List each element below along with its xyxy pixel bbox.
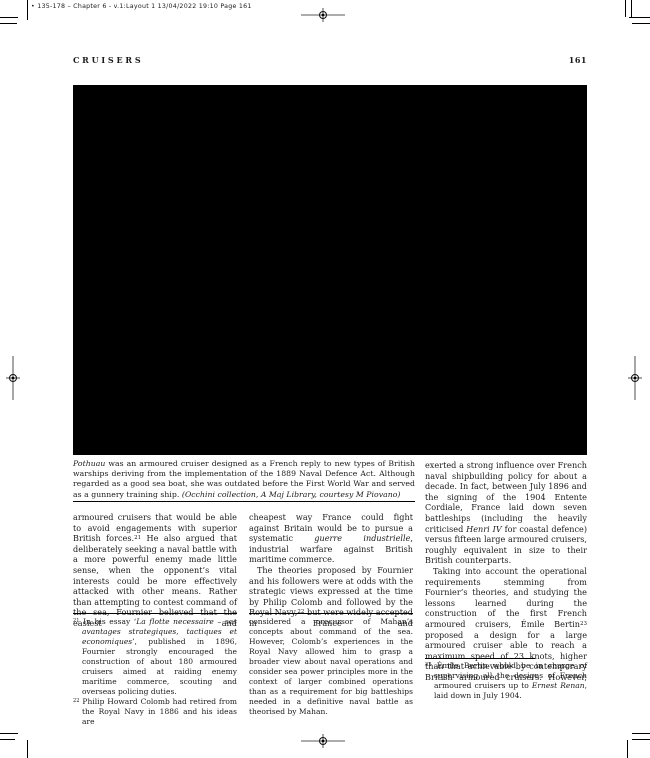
registration-mark-icon (301, 7, 345, 23)
body-column-right: exerted a strong influence over French n… (425, 460, 587, 682)
footnote: 22 Philip Howard Colomb had retired from… (73, 697, 237, 727)
crop-mark (0, 23, 17, 24)
crop-mark (0, 733, 18, 734)
warship-photo (73, 85, 587, 455)
registration-mark-icon (627, 356, 643, 400)
crop-mark (627, 740, 628, 758)
running-head-title: CRUISERS (73, 55, 143, 65)
crop-mark (27, 0, 28, 20)
crop-mark (629, 17, 650, 18)
footnote-rule (249, 613, 413, 614)
body-column-middle: cheapest way France could fight against … (249, 512, 413, 629)
body-paragraph: armoured cruisers that would be able to … (73, 512, 237, 629)
footnote: considered a precursor of Mahan’s concep… (249, 617, 413, 717)
caption-rule (73, 501, 415, 502)
footnotes-middle: considered a precursor of Mahan’s concep… (249, 617, 413, 717)
footnotes-right: 23 Émile Bertin would be in charge of su… (425, 661, 587, 701)
footnote: 21 In his essay ‘La flotte necessaire – … (73, 617, 237, 697)
footnote: 23 Émile Bertin would be in charge of su… (425, 661, 587, 701)
footnote-rule (73, 613, 237, 614)
crop-mark (632, 23, 650, 24)
crop-mark (0, 17, 18, 18)
crop-mark (632, 733, 650, 734)
printed-page: • 135-178 – Chapter 6 - v.1:Layout 1 13/… (0, 0, 650, 758)
print-slug-line: • 135-178 – Chapter 6 - v.1:Layout 1 13/… (31, 3, 252, 10)
registration-mark-icon (5, 356, 21, 400)
footnotes-left: 21 In his essay ‘La flotte necessaire – … (73, 617, 237, 727)
body-paragraph: cheapest way France could fight against … (249, 512, 413, 565)
crop-mark (27, 740, 28, 758)
body-paragraph: exerted a strong influence over French n… (425, 460, 587, 566)
photo-caption: Pothuau was an armoured cruiser designed… (73, 459, 415, 500)
crop-mark (0, 739, 15, 740)
crop-mark (632, 739, 650, 740)
crop-mark (625, 0, 626, 17)
registration-mark-icon (301, 733, 345, 749)
crop-mark (631, 0, 632, 17)
page-number: 161 (569, 55, 587, 65)
body-column-left: armoured cruisers that would be able to … (73, 512, 237, 629)
footnote-rule (425, 658, 535, 659)
running-head: CRUISERS 161 (73, 55, 587, 65)
